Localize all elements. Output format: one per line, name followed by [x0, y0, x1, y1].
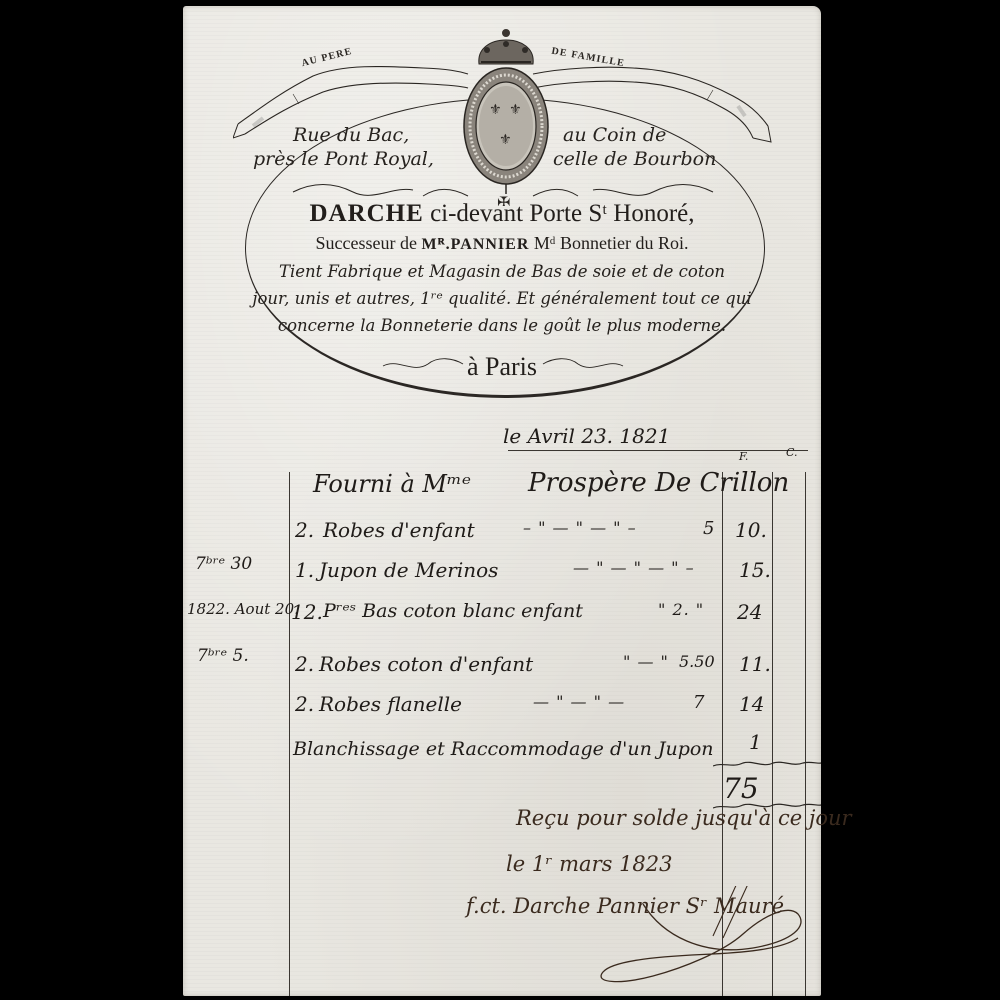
item-dashes: " 2. ": [658, 600, 704, 619]
grand-total: 75: [723, 772, 759, 805]
addressee-name: Prospère De Crillon: [528, 468, 789, 498]
date-underline: [508, 450, 808, 451]
item-qty: 2.: [295, 518, 314, 542]
city-label: à Paris: [183, 352, 821, 382]
signature-flourish: [583, 886, 813, 996]
table-left-rule: [289, 472, 290, 996]
successor-name: Mᴿ.PANNIER: [421, 236, 529, 253]
svg-text:⚜: ⚜: [489, 102, 502, 118]
item-total: 15.: [739, 558, 771, 582]
item-qty: 2.: [295, 692, 314, 716]
centimes-header: C.: [786, 446, 798, 459]
successor-prefix: Successeur de: [316, 233, 417, 253]
successor-line: Successeur de Mᴿ.PANNIER Mᵈ Bonnetier du…: [183, 233, 821, 254]
address-right-1: au Coin de: [563, 124, 666, 146]
item-total: 11.: [739, 652, 771, 676]
description-line-1: Tient Fabrique et Magasin de Bas de soie…: [183, 262, 821, 281]
item-unit-price: 5.50: [679, 652, 715, 671]
item-unit-price: 7: [693, 692, 704, 713]
item-qty: 2.: [295, 652, 314, 676]
item-description: Robes coton d'enfant: [319, 652, 533, 676]
item-unit-price: 5: [703, 518, 714, 539]
item-description: Robes flanelle: [319, 692, 462, 716]
item-total: 14: [739, 692, 764, 716]
address-left-1: Rue du Bac,: [293, 124, 409, 146]
addressee-prefix: Fourni à Mᵐᵉ: [313, 470, 471, 498]
item-description: Jupon de Merinos: [319, 558, 498, 582]
firm-name-line: DARCHE ci-devant Porte Sᵗ Honoré,: [183, 200, 821, 228]
successor-title: Mᵈ Bonnetier du Roi.: [534, 233, 689, 253]
item-margin-note: 7ᵇʳᵉ 30: [195, 554, 252, 574]
firm-name: DARCHE: [309, 200, 423, 227]
receipt-line-1: Reçu pour solde jusqu'à ce jour: [516, 806, 852, 830]
description-line-2: jour, unis et autres, 1ʳᵉ qualité. Et gé…: [183, 289, 821, 308]
item-margin-note: 1822. Aout 20.: [187, 600, 299, 618]
item-total: 24: [737, 600, 762, 624]
item-dashes: — " — " — " –: [573, 558, 695, 577]
item-description: Blanchissage et Raccommodage d'un Jupon: [293, 738, 714, 760]
invoice-date: le Avril 23. 1821: [503, 424, 670, 448]
royal-crest-icon: ⚜ ⚜ ⚜ ✠: [451, 26, 561, 206]
item-total: 10.: [735, 518, 767, 542]
description-line-3: concerne la Bonneterie dans le goût le p…: [183, 316, 821, 335]
item-description: Pʳᵉˢ Bas coton blanc enfant: [323, 600, 583, 622]
svg-text:⚜: ⚜: [509, 102, 522, 118]
item-qty: 1.: [295, 558, 314, 582]
item-description: Robes d'enfant: [323, 518, 475, 542]
address-right-2: celle de Bourbon: [553, 148, 716, 170]
svg-text:⚜: ⚜: [499, 132, 512, 148]
item-total: 1: [749, 730, 762, 754]
invoice-paper: AU PERE DE FAMILLE ⚜ ⚜ ⚜ ✠ Rue du Bac, p…: [183, 6, 821, 996]
item-qty: 12.: [291, 600, 323, 624]
item-dashes: – " — " — " –: [523, 518, 637, 537]
francs-header: F.: [739, 450, 748, 463]
item-margin-note: 7ᵇʳᵉ 5.: [197, 646, 249, 666]
item-dashes: " — ": [623, 652, 669, 671]
item-dashes: — " — " —: [533, 692, 625, 711]
firm-line-rest: ci-devant Porte Sᵗ Honoré,: [430, 200, 694, 227]
address-left-2: près le Pont Royal,: [253, 148, 434, 170]
receipt-line-2: le 1ʳ mars 1823: [506, 852, 673, 876]
